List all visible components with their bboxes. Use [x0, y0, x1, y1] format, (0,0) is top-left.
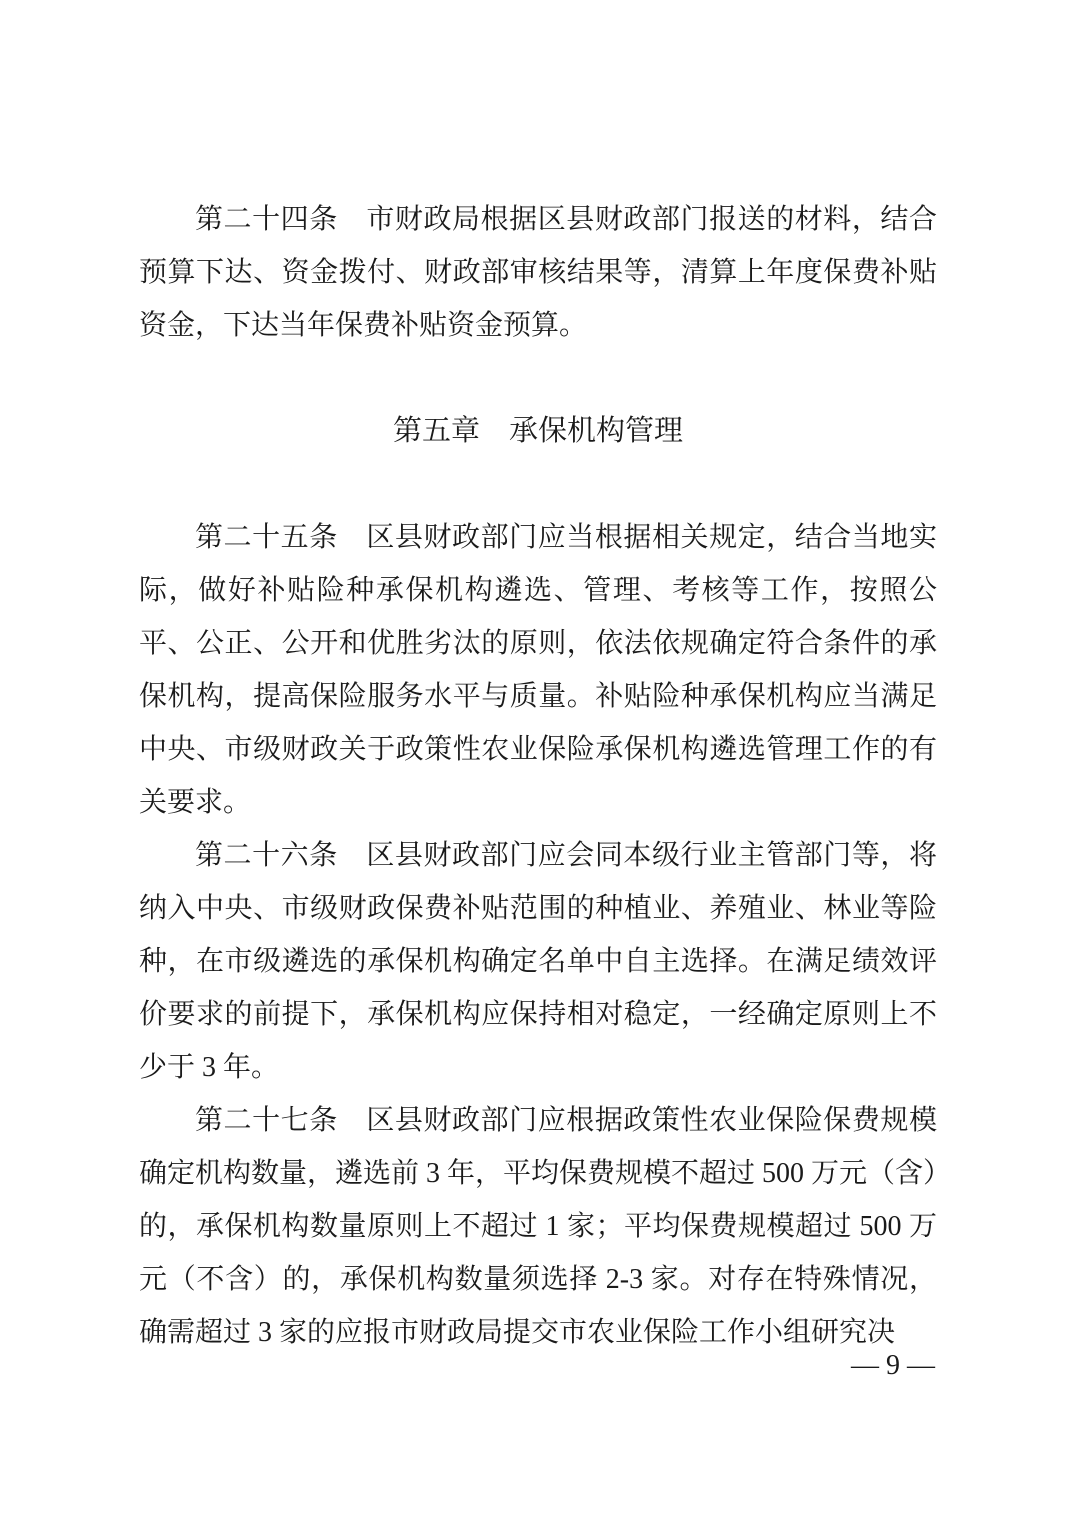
- chapter-5-heading: 第五章 承保机构管理: [139, 405, 937, 458]
- article-26-paragraph: 第二十六条 区县财政部门应会同本级行业主管部门等，将纳入中央、市级财政保费补贴范…: [139, 829, 937, 1094]
- document-page: 第二十四条 市财政局根据区县财政部门报送的材料，结合预算下达、资金拨付、财政部审…: [0, 0, 1074, 1520]
- article-25-paragraph: 第二十五条 区县财政部门应当根据相关规定，结合当地实际，做好补贴险种承保机构遴选…: [139, 511, 937, 829]
- article-27-paragraph: 第二十七条 区县财政部门应根据政策性农业保险保费规模确定机构数量，遴选前 3 年…: [139, 1094, 937, 1359]
- document-body: 第二十四条 市财政局根据区县财政部门报送的材料，结合预算下达、资金拨付、财政部审…: [139, 193, 937, 1359]
- page-number: — 9 —: [851, 1350, 935, 1382]
- article-24-paragraph: 第二十四条 市财政局根据区县财政部门报送的材料，结合预算下达、资金拨付、财政部审…: [139, 193, 937, 352]
